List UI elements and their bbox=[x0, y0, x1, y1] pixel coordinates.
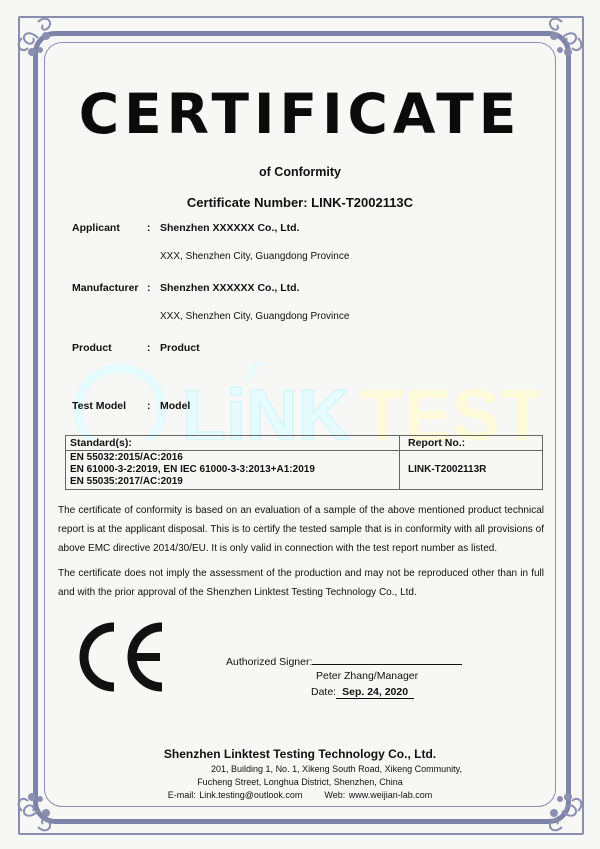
test-model-value: Model bbox=[160, 400, 190, 412]
issuer-address-line1: 201, Building 1, No. 1, Xikeng South Roa… bbox=[162, 764, 462, 774]
report-number: LINK-T2002113R bbox=[400, 451, 543, 490]
product-value: Product bbox=[160, 342, 200, 354]
colon: : bbox=[147, 282, 151, 294]
applicant-label: Applicant bbox=[72, 222, 120, 234]
applicant-name: Shenzhen XXXXXX Co., Ltd. bbox=[160, 222, 299, 234]
standard-item: EN 61000-3-2:2019, EN IEC 61000-3-3:2013… bbox=[70, 464, 395, 476]
colon: : bbox=[147, 342, 151, 354]
issuer-address-line2: Fucheng Street, Longhua District, Shenzh… bbox=[0, 777, 600, 787]
date-value: Sep. 24, 2020 bbox=[336, 687, 414, 699]
product-label: Product bbox=[72, 342, 112, 354]
certificate-number: Certificate Number: LINK-T2002113C bbox=[0, 195, 600, 210]
certificate-title: CERTIFICATE bbox=[0, 82, 600, 146]
certificate-subtitle: of Conformity bbox=[0, 165, 600, 179]
applicant-address: XXX, Shenzhen City, Guangdong Province bbox=[160, 251, 349, 262]
standard-item: EN 55032:2015/AC:2016 bbox=[70, 452, 395, 464]
manufacturer-name: Shenzhen XXXXXX Co., Ltd. bbox=[160, 282, 299, 294]
signature-date: Date:Sep. 24, 2020 bbox=[311, 686, 414, 699]
ornament-corner-icon bbox=[532, 8, 592, 68]
certificate-page: LiNK TEST CERTIFICATE of Conformity Cert… bbox=[0, 0, 600, 849]
signer-name: Peter Zhang/Manager bbox=[316, 670, 418, 682]
report-header: Report No.: bbox=[400, 436, 543, 451]
issuer-company: Shenzhen Linktest Testing Technology Co.… bbox=[0, 747, 600, 761]
ornament-corner-icon bbox=[8, 8, 68, 68]
border-inner bbox=[44, 42, 556, 807]
date-label: Date: bbox=[311, 686, 336, 698]
standards-list: EN 55032:2015/AC:2016 EN 61000-3-2:2019,… bbox=[66, 451, 400, 490]
manufacturer-address: XXX, Shenzhen City, Guangdong Province bbox=[160, 311, 349, 322]
ce-mark-icon bbox=[78, 622, 168, 692]
issuer-email[interactable]: E-mail: Link.testing@outlook.com bbox=[168, 790, 303, 800]
standards-table: Standard(s): Report No.: EN 55032:2015/A… bbox=[65, 435, 543, 490]
colon: : bbox=[147, 222, 151, 234]
authorized-signer: Authorized Signer: bbox=[226, 654, 462, 668]
standards-header: Standard(s): bbox=[66, 436, 400, 451]
standard-item: EN 55035:2017/AC:2019 bbox=[70, 476, 395, 488]
issuer-website[interactable]: Web: www.weijian-lab.com bbox=[324, 790, 432, 800]
signer-label: Authorized Signer: bbox=[226, 656, 312, 668]
conformity-paragraph: The certificate of conformity is based o… bbox=[58, 501, 544, 558]
signature-line bbox=[312, 654, 462, 665]
test-model-label: Test Model bbox=[72, 400, 126, 412]
disclaimer-paragraph: The certificate does not imply the asses… bbox=[58, 564, 544, 602]
colon: : bbox=[147, 400, 151, 412]
manufacturer-label: Manufacturer bbox=[72, 282, 139, 294]
issuer-contact: E-mail: Link.testing@outlook.comWeb: www… bbox=[0, 790, 600, 800]
